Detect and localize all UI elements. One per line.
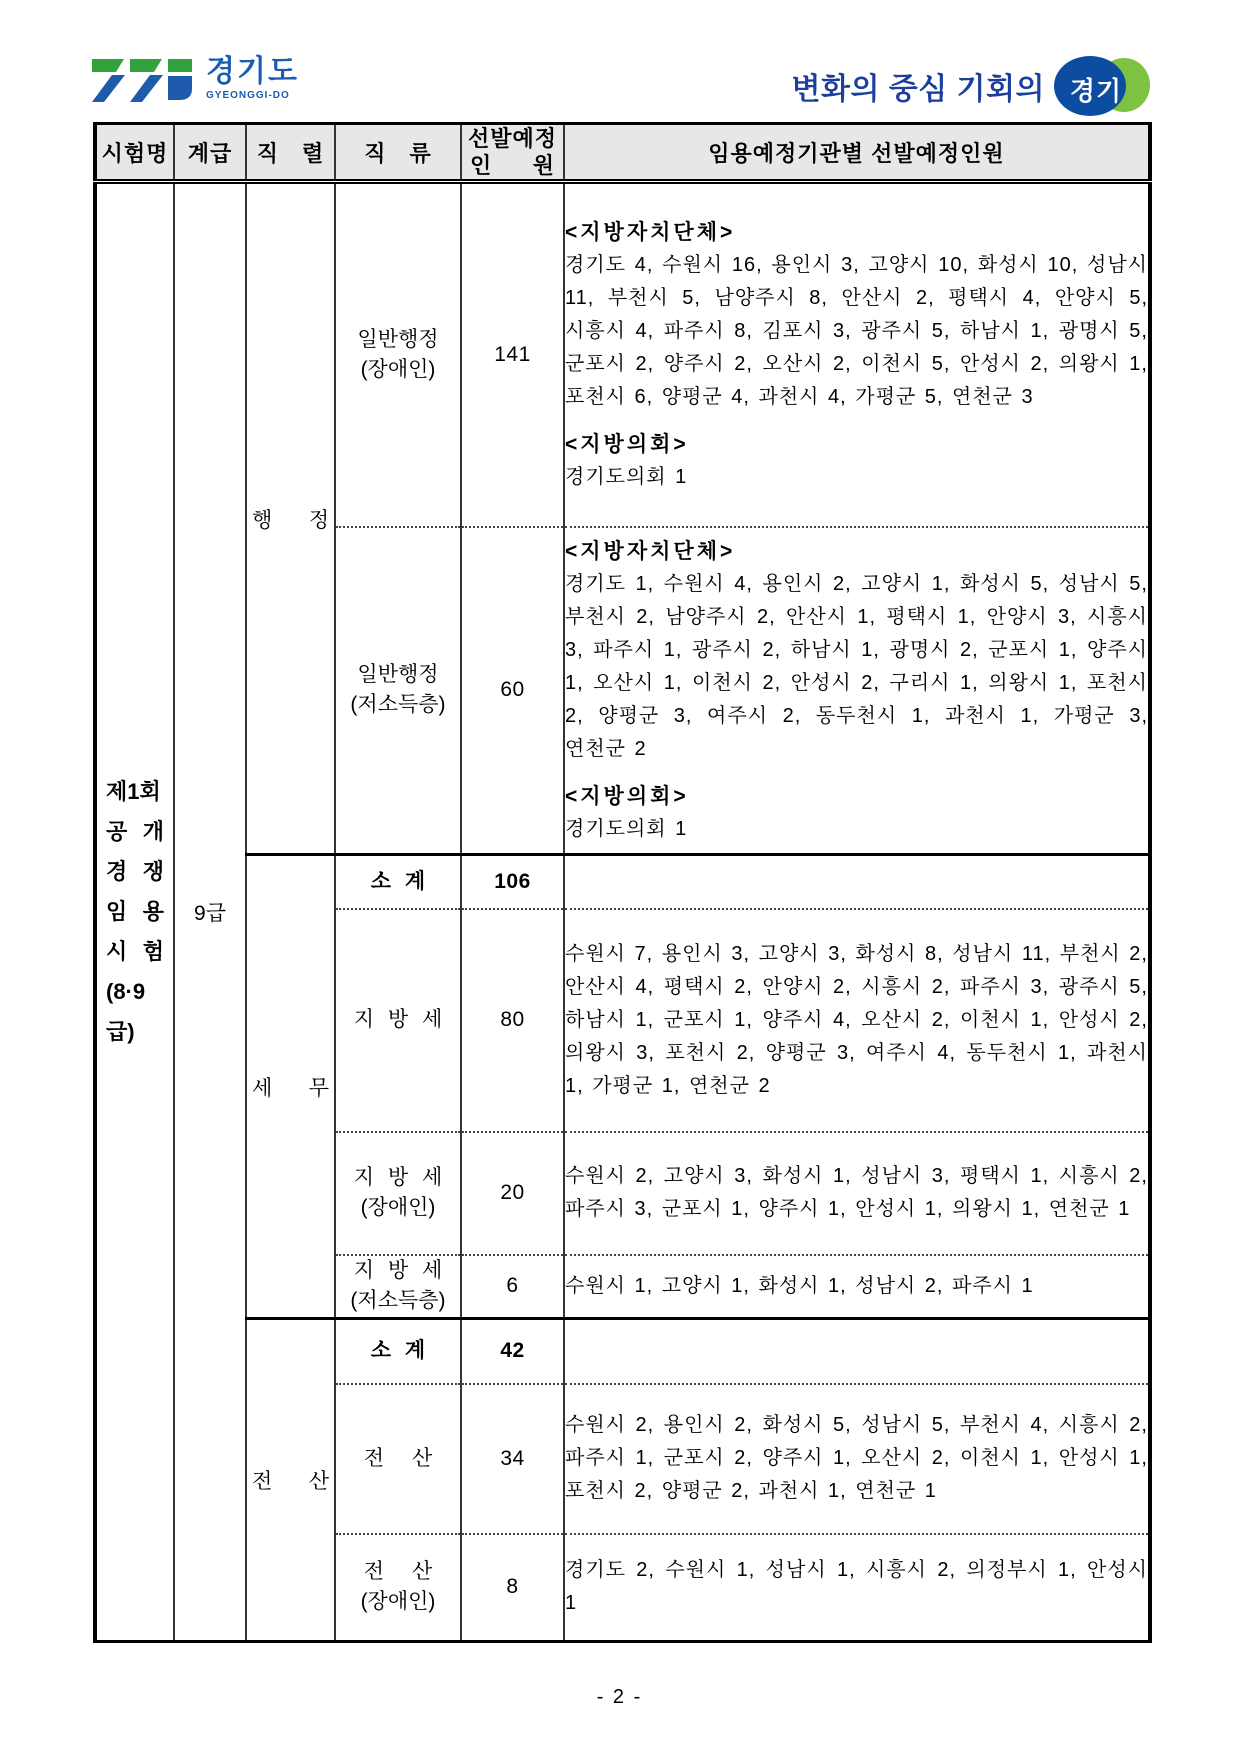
class-cell: 지 방 세 (저소득층) — [335, 1255, 461, 1319]
class-cell: 지 방 세 (장애인) — [335, 1132, 461, 1255]
agency-breakdown-cell: 경기도 2, 수원시 1, 성남시 1, 시흥시 2, 의정부시 1, 안성시 … — [564, 1534, 1150, 1642]
table-row: 제1회 공 개 경 쟁 임 용 시 험 (8·9급) 9급 행 정 일반행정 (… — [95, 182, 1150, 527]
document-page: 경기도 GYEONGGI-DO 변화의 중심 기회의 경기 시험명 계급 직 렬… — [0, 0, 1239, 1752]
logo-name-en: GYEONGGI-DO — [206, 90, 299, 101]
section-body: 수원시 2, 용인시 2, 화성시 5, 성남시 5, 부천시 4, 시흥시 2… — [565, 1409, 1148, 1508]
exam-name-cell: 제1회 공 개 경 쟁 임 용 시 험 (8·9급) — [95, 182, 174, 1642]
col-header-grade: 계급 — [174, 124, 246, 182]
section-title: <지방의회> — [565, 780, 1148, 813]
section-body: 경기도의회 1 — [565, 461, 1148, 494]
slogan-text: 변화의 중심 기회의 — [791, 64, 1045, 108]
quota-cell: 8 — [461, 1534, 564, 1642]
col-header-class: 직 류 — [335, 124, 461, 182]
agency-breakdown-cell: 수원시 7, 용인시 3, 고양시 3, 화성시 8, 성남시 11, 부천시 … — [564, 909, 1150, 1132]
slogan-block: 변화의 중심 기회의 경기 — [690, 56, 1150, 116]
agency-breakdown-cell: 수원시 1, 고양시 1, 화성시 1, 성남시 2, 파주시 1 — [564, 1255, 1150, 1319]
series-cell-tax: 세 무 — [246, 855, 335, 1319]
col-header-quota: 선발예정 인 원 — [461, 124, 564, 182]
class-cell: 전 산 (장애인) — [335, 1534, 461, 1642]
agency-breakdown-cell — [564, 1319, 1150, 1384]
table-header-row: 시험명 계급 직 렬 직 류 선발예정 인 원 임용예정기관별 선발예정인원 — [95, 124, 1150, 182]
section-body: 경기도 2, 수원시 1, 성남시 1, 시흥시 2, 의정부시 1, 안성시 … — [565, 1554, 1148, 1620]
section-title: <지방의회> — [565, 428, 1148, 461]
gyeonggi-badge-icon: 경기 — [1054, 56, 1150, 116]
logo-name-ko: 경기도 — [206, 57, 299, 87]
gyeonggi-symbol-icon — [90, 54, 194, 104]
quota-cell: 6 — [461, 1255, 564, 1319]
agency-breakdown-cell: 수원시 2, 고양시 3, 화성시 1, 성남시 3, 평택시 1, 시흥시 2… — [564, 1132, 1150, 1255]
col-header-exam: 시험명 — [95, 124, 174, 182]
quota-cell: 106 — [461, 855, 564, 909]
section-title: <지방자치단체> — [565, 216, 1148, 249]
class-cell-subtotal: 소 계 — [335, 1319, 461, 1384]
section-body: 수원시 7, 용인시 3, 고양시 3, 화성시 8, 성남시 11, 부천시 … — [565, 938, 1148, 1103]
agency-breakdown-cell: 수원시 2, 용인시 2, 화성시 5, 성남시 5, 부천시 4, 시흥시 2… — [564, 1384, 1150, 1534]
class-cell-subtotal: 소 계 — [335, 855, 461, 909]
class-cell: 일반행정 (저소득층) — [335, 527, 461, 855]
class-cell: 지 방 세 — [335, 909, 461, 1132]
quota-cell: 42 — [461, 1319, 564, 1384]
section-body: 수원시 1, 고양시 1, 화성시 1, 성남시 2, 파주시 1 — [565, 1270, 1148, 1303]
series-cell-admin: 행 정 — [246, 182, 335, 855]
grade-cell: 9급 — [174, 182, 246, 1642]
table-row: 전 산 소 계 42 — [95, 1319, 1150, 1384]
badge-label: 경기 — [1060, 71, 1132, 108]
recruitment-table: 시험명 계급 직 렬 직 류 선발예정 인 원 임용예정기관별 선발예정인원 제… — [93, 122, 1152, 1643]
section-body: 경기도의회 1 — [565, 813, 1148, 846]
class-cell: 일반행정 (장애인) — [335, 182, 461, 527]
agency-breakdown-cell: <지방자치단체> 경기도 1, 수원시 4, 용인시 2, 고양시 1, 화성시… — [564, 527, 1150, 855]
gyeonggi-logo: 경기도 GYEONGGI-DO — [90, 54, 299, 104]
page-number: - 2 - — [0, 1686, 1239, 1709]
section-title: <지방자치단체> — [565, 535, 1148, 568]
series-cell-computer: 전 산 — [246, 1319, 335, 1642]
agency-breakdown-cell — [564, 855, 1150, 909]
class-cell: 전 산 — [335, 1384, 461, 1534]
quota-cell: 80 — [461, 909, 564, 1132]
quota-cell: 20 — [461, 1132, 564, 1255]
section-body: 경기도 4, 수원시 16, 용인시 3, 고양시 10, 화성시 10, 성남… — [565, 249, 1148, 414]
quota-cell: 34 — [461, 1384, 564, 1534]
section-body: 수원시 2, 고양시 3, 화성시 1, 성남시 3, 평택시 1, 시흥시 2… — [565, 1160, 1148, 1226]
section-body: 경기도 1, 수원시 4, 용인시 2, 고양시 1, 화성시 5, 성남시 5… — [565, 568, 1148, 766]
col-header-series: 직 렬 — [246, 124, 335, 182]
logo-text: 경기도 GYEONGGI-DO — [206, 57, 299, 101]
table-row: 세 무 소 계 106 — [95, 855, 1150, 909]
quota-cell: 141 — [461, 182, 564, 527]
col-header-agency: 임용예정기관별 선발예정인원 — [564, 124, 1150, 182]
quota-cell: 60 — [461, 527, 564, 855]
agency-breakdown-cell: <지방자치단체> 경기도 4, 수원시 16, 용인시 3, 고양시 10, 화… — [564, 182, 1150, 527]
